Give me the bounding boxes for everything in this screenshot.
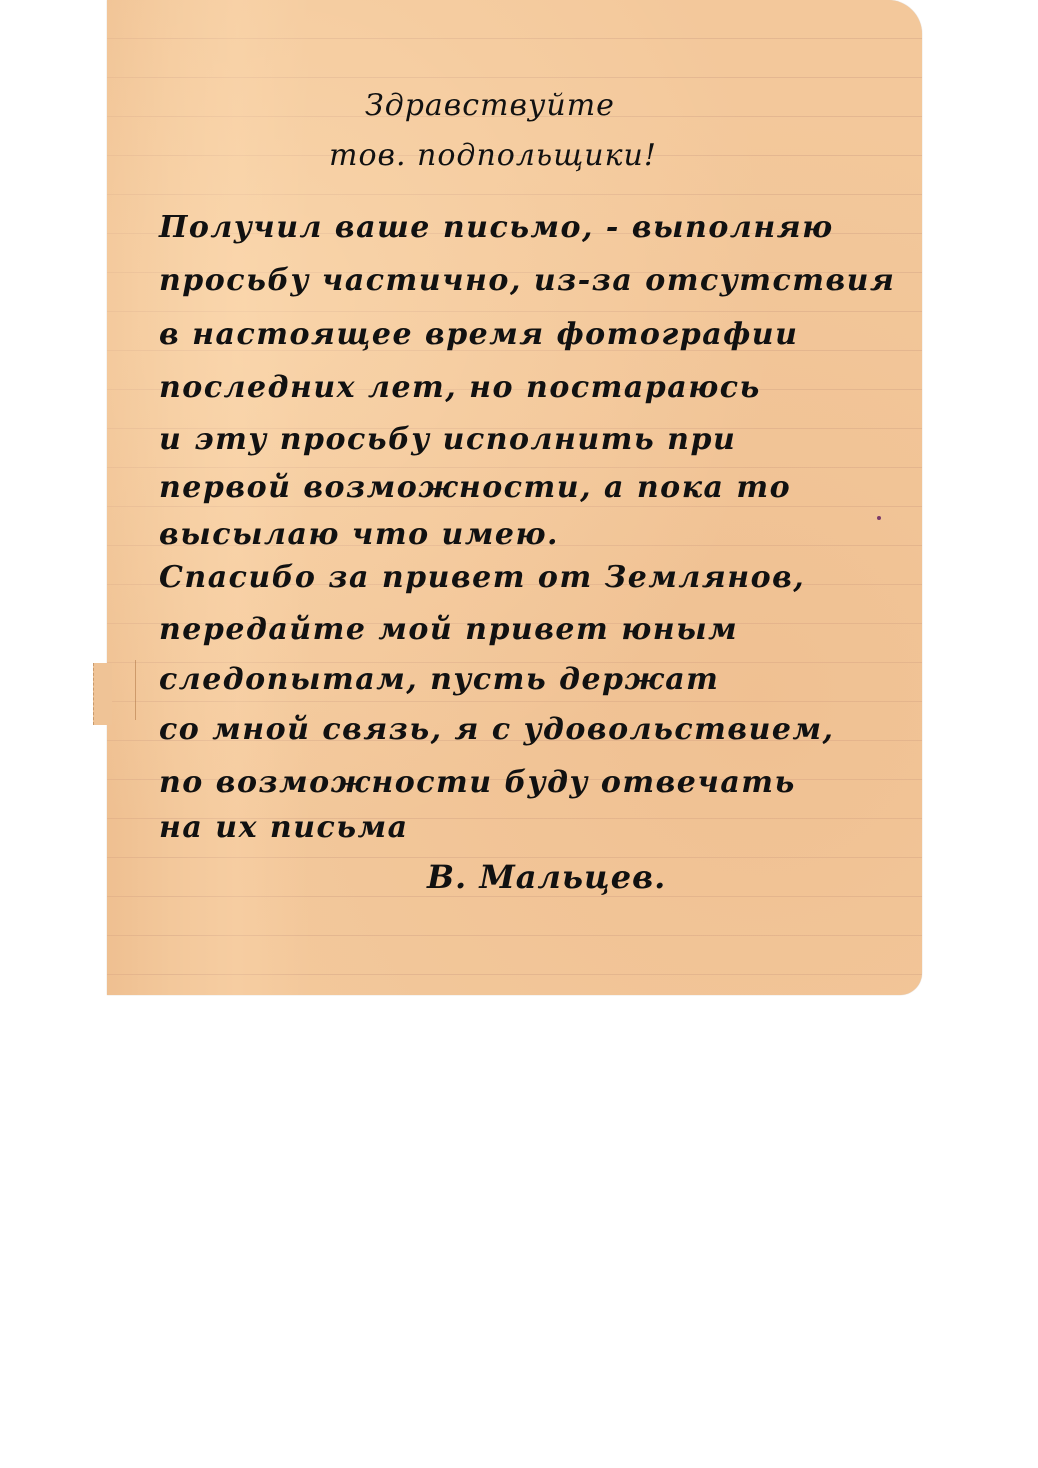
torn-edge — [93, 663, 112, 725]
letter-paper: Здравствуйте тов. подпольщики! Получил в… — [107, 0, 922, 995]
body-line: Спасибо за привет от Землянов, — [159, 560, 805, 595]
body-line: просьбу частично, из-за отсутствия — [159, 263, 895, 298]
body-line: по возможности буду отвечать — [159, 765, 796, 800]
letter-content: Здравствуйте тов. подпольщики! Получил в… — [107, 0, 922, 995]
greeting-line-2: тов. подпольщики! — [329, 138, 657, 173]
body-line: следопытам, пусть держат — [159, 662, 719, 697]
body-line: первой возможности, а пока то — [159, 470, 791, 505]
body-line: высылаю что имею. — [159, 517, 559, 552]
body-line: и эту просьбу исполнить при — [159, 422, 736, 457]
signature: В. Мальцев. — [427, 858, 666, 896]
body-line: последних лет, но постараюсь — [159, 370, 761, 405]
greeting-line-1: Здравствуйте — [365, 88, 615, 123]
body-line: со мной связь, я с удовольствием, — [159, 712, 834, 747]
body-line: Получил ваше письмо, - выполняю — [159, 210, 834, 245]
body-line: передайте мой привет юным — [159, 612, 738, 647]
ink-speck — [877, 516, 881, 520]
body-line: в настоящее время фотографии — [159, 317, 798, 352]
body-line: на их письма — [159, 810, 409, 845]
